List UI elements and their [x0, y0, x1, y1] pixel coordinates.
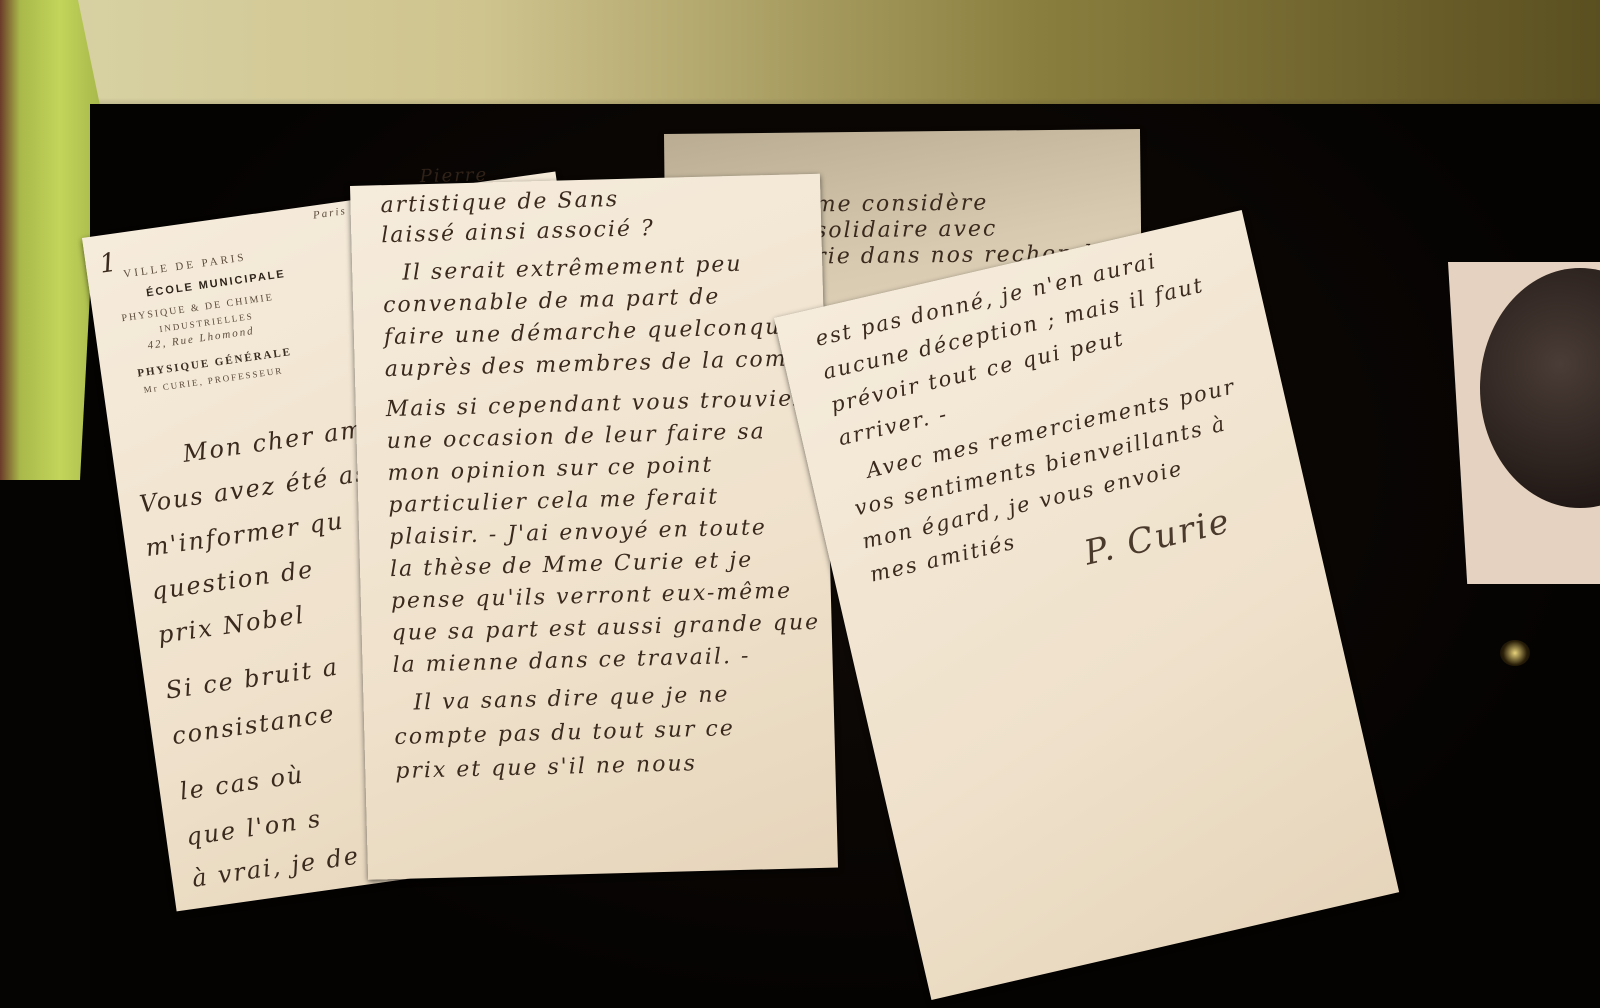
handwritten-line: pense qu'ils verront eux-même	[391, 579, 793, 614]
handwritten-line: la thèse de Mme Curie et je	[390, 548, 754, 583]
handwritten-line: mon opinion sur ce point	[387, 453, 713, 487]
display-case-back-wall	[0, 0, 1600, 118]
handwritten-line: consistance	[170, 700, 337, 751]
handwritten-line: laissé ainsi associé ?	[381, 216, 655, 248]
handwritten-line: Vous avez été ass	[138, 456, 385, 518]
handwritten-line: Mais si cependant vous trouviez	[386, 386, 808, 422]
handwritten-line: particulier cela me ferait	[388, 484, 719, 518]
handwritten-line: prix Nobel	[156, 601, 307, 649]
handwritten-line: prix et que s'il ne nous	[395, 751, 697, 784]
top-fragment-text: Pierre	[420, 164, 489, 187]
handwritten-line: me considère	[815, 191, 989, 218]
handwritten-line: Il serait extrêmement peu	[402, 252, 743, 286]
letter-page-2: Pierre artistique de Sans laissé ainsi a…	[350, 174, 838, 880]
light-reflection	[1500, 640, 1530, 666]
handwritten-line: Il va sans dire que je ne	[413, 682, 730, 715]
handwritten-line: convenable de ma part de	[383, 284, 721, 318]
handwritten-line: Si ce bruit a	[164, 653, 341, 705]
handwritten-line: le cas où	[178, 760, 306, 805]
signature: P. Curie	[1081, 501, 1235, 573]
handwritten-line: à vrai, je de	[190, 841, 361, 892]
handwritten-line: artistique de Sans	[380, 187, 619, 218]
handwritten-line: que l'on s	[184, 804, 323, 851]
page-number: 1	[98, 247, 121, 279]
place-label: Paris	[312, 205, 347, 222]
handwritten-line: solidaire avec	[815, 217, 998, 244]
handwritten-line: plaisir. - J'ai envoyé en toute	[389, 515, 767, 550]
handwritten-line: Mon cher am	[181, 415, 367, 468]
handwritten-line: question de	[150, 555, 316, 606]
handwritten-line: une occasion de leur faire sa	[386, 419, 766, 454]
handwritten-line: m'informer qu	[144, 506, 346, 562]
handwritten-line: compte pas du tout sur ce	[394, 716, 735, 750]
handwritten-line: faire une démarche quelconque	[384, 314, 797, 350]
handwritten-line: la mienne dans ce travail. -	[392, 644, 750, 678]
handwritten-line: que sa part est aussi grande que	[391, 610, 820, 646]
